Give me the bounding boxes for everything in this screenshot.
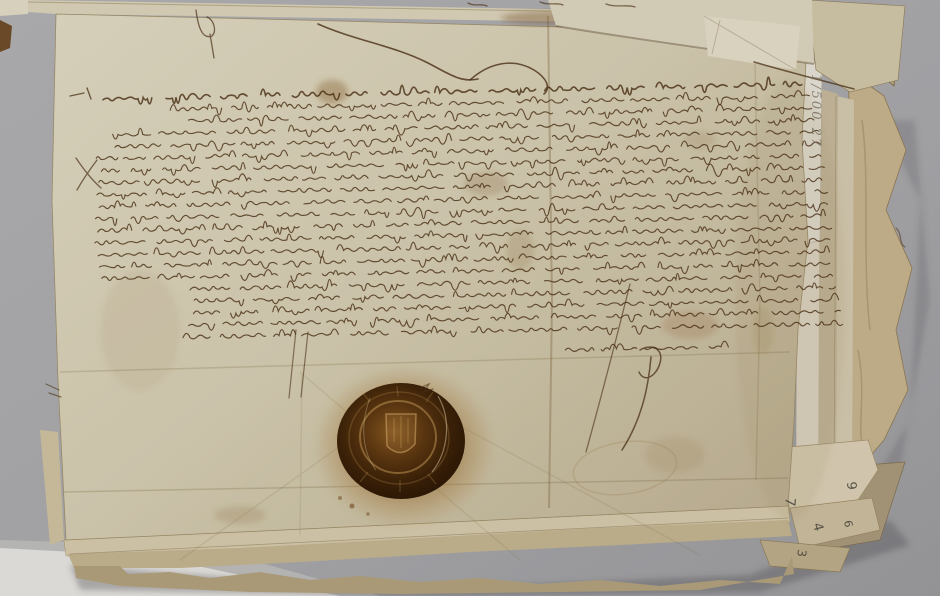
photo-stage: 1/500 27 79463 — [0, 0, 940, 596]
lighting-overlay — [0, 0, 940, 596]
manuscript-photo: 1/500 27 79463 — [0, 0, 940, 596]
